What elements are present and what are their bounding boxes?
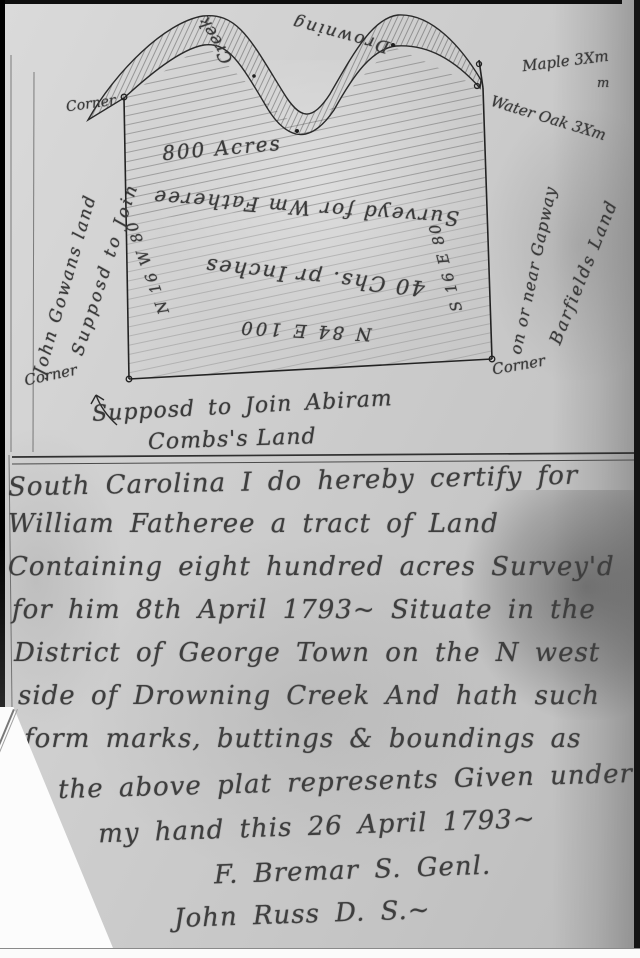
scan-edge-right <box>634 0 640 950</box>
witness-tree-wateroak-label: Water Oak 3Xm <box>489 92 608 144</box>
certificate-line: side of Drowning Creek And hath such <box>18 681 636 711</box>
scan-edge-left <box>0 0 5 716</box>
witness-tree-maple-label: Maple 3Xm <box>521 47 609 75</box>
certificate-line: my hand this 26 April 1793~ <box>98 801 637 850</box>
certificate-line: form marks, buttings & boundings as <box>24 724 636 754</box>
witness-tree-maple-sub: m <box>597 76 609 91</box>
certificate-line: District of George Town on the N west <box>14 638 636 668</box>
creek-label-left: Creek <box>194 13 237 68</box>
right-margin-note-line2: Barfields Land <box>546 197 622 348</box>
certificate-line: William Fatheree a tract of Land <box>8 509 636 539</box>
corner-label-top-left: Corner <box>65 93 117 116</box>
plat-caption-line1: Supposd to Join Abiram <box>92 386 394 427</box>
plat-center-note-inverted: Surveyd for Wm Fatheree <box>138 184 474 231</box>
corner-label-bottom-right: Corner <box>491 352 547 379</box>
certificate-line: South Carolina I do hereby certify for <box>8 459 636 502</box>
plat-caption-line2: Combs's Land <box>148 424 317 455</box>
certificate-line: Containing eight hundred acres Survey'd <box>8 552 636 582</box>
scan-edge-bottom <box>0 948 640 958</box>
certificate-line: the above plat represents Given under <box>58 759 637 805</box>
creek-label-right: Drowning <box>289 11 392 56</box>
certificate-line: for him 8th April 1793~ Situate in the <box>12 595 636 625</box>
scanned-document-page: Creek Drowning Maple 3Xm m Water Oak 3Xm… <box>0 0 640 958</box>
signature-surveyor-general: F. Bremar S. Genl. <box>214 846 637 891</box>
signature-deputy-surveyor: John Russ D. S.~ <box>174 888 637 934</box>
plat-scale-note-inverted: 40 Chs. pr Inches <box>152 248 478 306</box>
scan-edge-top <box>0 0 622 4</box>
certificate-text-block: South Carolina I do hereby certify for W… <box>6 466 636 939</box>
bottom-bearing-inverted: N 84 E 100 <box>205 315 406 346</box>
acreage-label: 800 Acres <box>161 131 282 165</box>
